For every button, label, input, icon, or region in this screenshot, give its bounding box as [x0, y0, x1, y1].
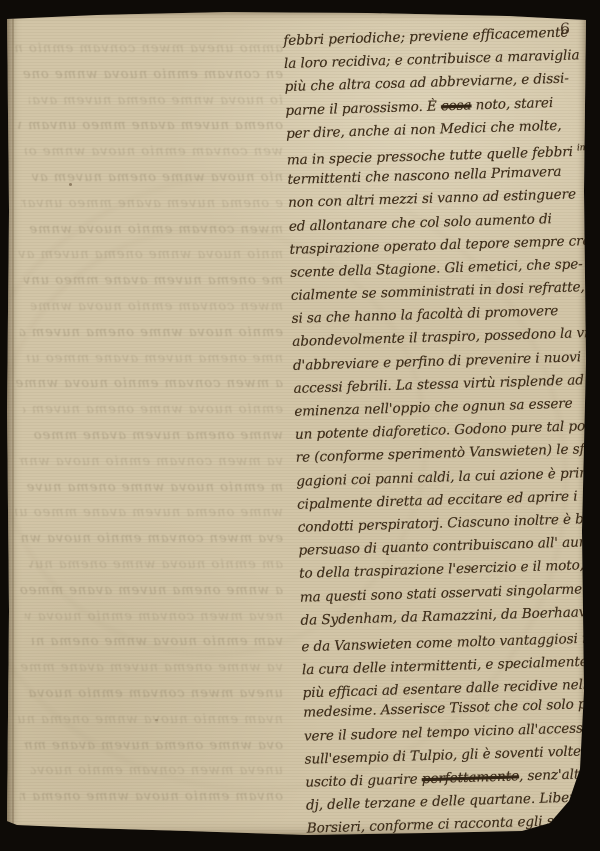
bleed-row: mwen convam emnio nuova wnme onema nuvem — [28, 217, 283, 243]
bleed-row: neva mwen convam emnio nuova wnme on — [25, 604, 283, 630]
bleed-row: m emnio nuova wnme onema nuvem avane mme… — [26, 475, 283, 501]
bleed-row: wen convam emnio nuova wnme onema nuve — [25, 139, 283, 165]
bleed-row: va wnme onema nuvem avane mmeo unvam w — [21, 655, 283, 681]
ink-speck — [155, 719, 158, 721]
bleed-row: nme onema nuvem avane mmeo unvam wem — [27, 346, 283, 372]
bleed-row: io nuova wnme onema nuvem avane mmeo — [29, 88, 283, 114]
bleed-row: a wnme onema nuvem avane mmeo unvam — [18, 578, 283, 604]
line-text: in- — [577, 143, 589, 153]
verso-bleedthrough: ammo uneva mwen convam emnio nuovaen con… — [15, 36, 283, 826]
bleed-row: onema nuvem avane mmeo unvam wemo ni — [18, 113, 283, 139]
bleed-row: mwen convam emnio nuova wnme onem — [31, 294, 283, 320]
bleed-row: ova wnme onema nuvem avane mmeo unvam we… — [24, 733, 283, 759]
bleed-row: onvam emnio nuova wnme onema nuvem avane… — [20, 784, 283, 810]
bleed-row: a mwen convam emnio nuova wnme onema — [16, 371, 283, 397]
bleed-row: ammo uneva mwen convam emnio nuova — [15, 36, 283, 62]
bleed-row: wnme onema nuvem avane mmeo unvam wemo — [30, 423, 283, 449]
bleed-row: e onema nuvem avane mmeo unvam wemo nivu — [21, 191, 283, 217]
line-text: noto, starei — [471, 95, 553, 113]
manuscript-lines: febbri periodiche; previene efficacement… — [283, 21, 600, 841]
line-text: to della traspirazione l'esercizio e il … — [299, 558, 584, 582]
bleed-row: am emnio nuova wnme onema nuvem av — [29, 552, 283, 578]
struck-word: perfettamente — [422, 768, 520, 787]
bleed-row: nvam emnio nuova wnme onema nuvem avane — [17, 707, 283, 733]
ink-speck — [69, 183, 72, 186]
line-text: n — [587, 653, 593, 663]
bleed-row: emnio nuova wnme onema nuvem avane mm — [23, 397, 283, 423]
line-text: non con altri mezzi si vanno ad estingue… — [288, 187, 576, 212]
line-text: a — [595, 676, 600, 686]
bleed-row: eva mwen convam emnio nuova wnme onema n… — [22, 526, 283, 552]
ink-speck — [469, 567, 473, 570]
page-gutter-edge — [12, 11, 14, 837]
bleed-row: wnme onema nuvem avane mmeo unvam wemo n… — [15, 500, 283, 526]
bleed-row: uneva mwen convam emnio nuova wnme onema — [31, 758, 283, 784]
bleed-row: me onema nuvem avane mmeo unvam wemo niv… — [24, 268, 283, 294]
bleed-row: emnio nuova wnme onema nuvem avane — [20, 320, 283, 346]
bleed-row: va mwen convam emnio nuova wnme onema nu — [19, 449, 283, 475]
bleed-row: uneva mwen convam emnio nuova wnme onem — [28, 681, 283, 707]
bleed-row: nio nuova wnme onema nuvem avane mmeo u — [32, 165, 283, 191]
line-text: si sa che hanno la facoltà di promovere — [291, 303, 558, 327]
line-text: più che altra cosa ad abbreviarne, e dis… — [284, 71, 569, 95]
bleed-row: en convam emnio nuova wnme onema nu — [22, 62, 283, 88]
bleed-row: vam emnio nuova wnme onema nuvem avan — [32, 629, 283, 655]
line-text: parne il parossismo. È — [285, 98, 441, 119]
manuscript-page: ammo uneva mwen convam emnio nuovaen con… — [7, 11, 586, 837]
bleed-row: mnio nuova wnme onema nuvem avane mmeo u… — [17, 242, 283, 268]
ink-speck — [303, 523, 305, 525]
line-text: , senz'altri rime- — [519, 765, 600, 784]
struck-word: cosa — [441, 97, 472, 114]
line-text: uscito di guarire — [305, 771, 422, 790]
line-text: ed allontanare che col solo aumento di — [289, 211, 552, 235]
